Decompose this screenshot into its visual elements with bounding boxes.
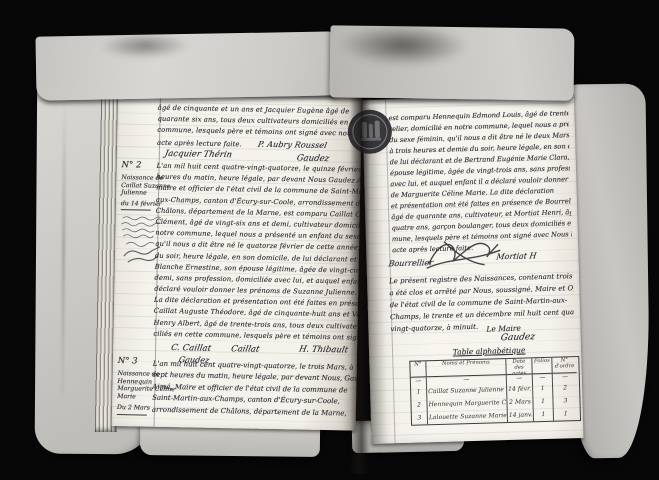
header-folios: Folios (532, 358, 552, 375)
paper-stain (338, 23, 469, 67)
closing-statement: Le présent registre des Naissances, cont… (389, 270, 575, 335)
signature-scribble (424, 236, 503, 272)
header-ordre: N° d'ordre (552, 357, 576, 374)
register-left-page: âgé de cinquante et un ans et Jacquier E… (112, 92, 362, 431)
cell-folio: 1 (533, 382, 553, 396)
cell-nom: Lalouette Suzanne Marie Eugénie (428, 409, 508, 424)
header-date: Date des actes (506, 358, 532, 375)
signature-gaudez-mayor: Gaudez (500, 332, 536, 343)
cell-ordre: 3 (553, 394, 577, 408)
margin-title-line: Naissance de (121, 174, 159, 182)
margin-rule (121, 209, 151, 211)
acte-3-continuation: est comparu Hennequin Edmond Louis, âgé … (388, 108, 572, 256)
cell-folio: 1 (534, 408, 554, 422)
acte-1-ending: âgé de cinquante et un ans et Jacquier E… (157, 103, 360, 152)
signature-mortiat: Mortiat H (496, 251, 537, 261)
register-photograph: âgé de cinquante et un ans et Jacquier E… (0, 0, 659, 480)
cell-numero: 1 (411, 385, 427, 398)
acte-number: N° 2 (122, 160, 160, 171)
margin-acte-3: N° 3 Naissance de Hennequin Marguerite C… (117, 356, 156, 416)
cell-numero: 2 (411, 398, 427, 411)
signature-caillat: Caillat (230, 344, 260, 355)
paper-crease (61, 96, 66, 396)
acte-3-start: L'an mil huit cent quatre-vingt-quatorze… (152, 359, 357, 420)
margin-date: du 14 février (121, 200, 159, 208)
book-gutter (350, 92, 370, 474)
register-right-page: Launay est comparu Hennequin Edmond Loui… (362, 94, 584, 444)
alphabetical-table: N° Noms et Prénoms Date des actes Folios… (409, 356, 581, 426)
cell-ordre: 1 (554, 407, 578, 421)
signature-c-caillat: C. Caillat (170, 343, 212, 354)
margin-acte-2: N° 2 Naissance de Caillat Suzanne Julien… (120, 160, 160, 267)
cell-ordre: 2 (553, 381, 577, 395)
margin-date: Du 2 Mars (117, 404, 155, 412)
cover-sheet-top-left (35, 31, 338, 100)
margin-title-line: Marie (117, 393, 155, 401)
table-title: Table alphabétique (429, 345, 549, 357)
header-numero: N° (410, 361, 426, 377)
signature-aubry-roussel: P. Aubry Roussel (257, 138, 328, 150)
cell-date: 2 Mars (507, 395, 533, 409)
cell-folio: 1 (533, 395, 553, 409)
margin-title-line: Julienne (121, 189, 159, 197)
paper-stain (99, 32, 189, 60)
signature-gaudez: Gaudez (296, 153, 330, 164)
margin-rule (117, 414, 147, 416)
cell-date: 14 janv. (508, 408, 534, 422)
signature-jacquier-therin: Jacquier Thérin (164, 149, 233, 160)
acte-2-body: L'an mil huit cent quatre-vingt-quatorze… (153, 161, 360, 344)
acte-number: N° 3 (118, 356, 156, 367)
signature-thibault: H. Thibault (298, 345, 349, 356)
margin-title-line: Naissance de (118, 370, 156, 378)
cell-numero: 3 (412, 411, 428, 424)
cover-sheet-top-right (330, 25, 575, 100)
cell-date: 14 févr. (507, 382, 533, 396)
